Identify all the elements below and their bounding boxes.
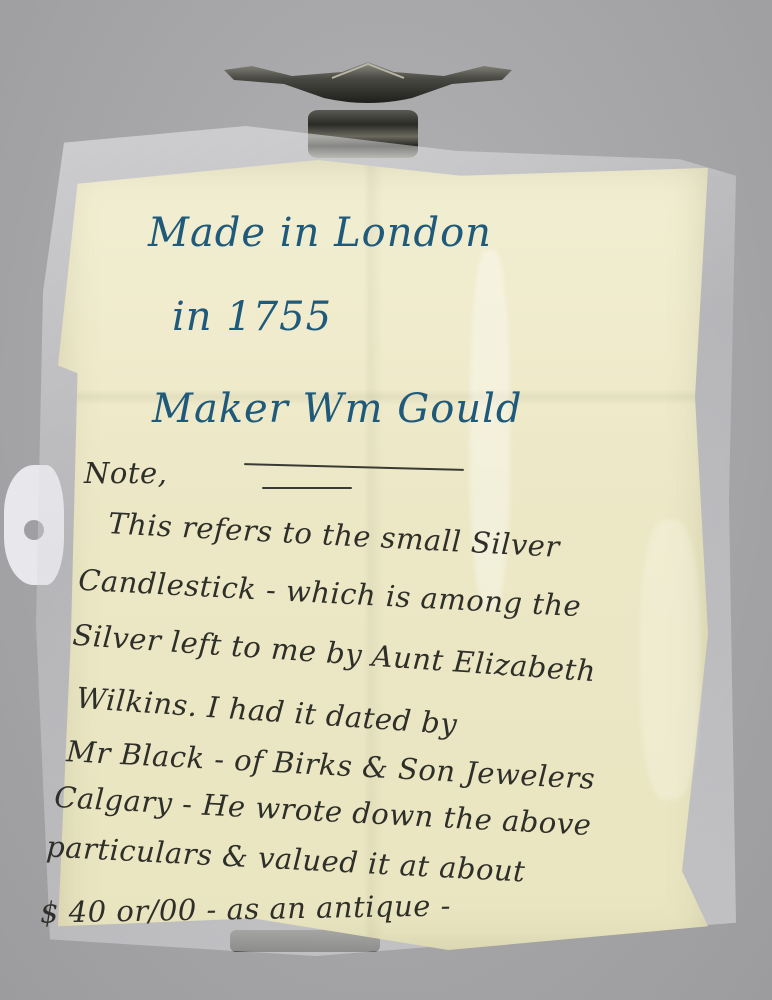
note-label: Note,	[84, 456, 167, 490]
note-line-date: in 1755	[172, 294, 332, 340]
candlestick-cup	[222, 58, 514, 104]
photo-scene: Made in London in 1755 Maker Wm Gould No…	[0, 0, 772, 1000]
note-body-line: $ 40 or/00 - as an antique -	[40, 888, 451, 929]
note-line-maker: Maker Wm Gould	[152, 386, 523, 432]
plastic-gleam	[640, 520, 700, 800]
handwritten-note-paper	[58, 160, 708, 950]
note-line-made-in-london: Made in London	[148, 210, 492, 256]
underline-rule	[262, 487, 352, 489]
